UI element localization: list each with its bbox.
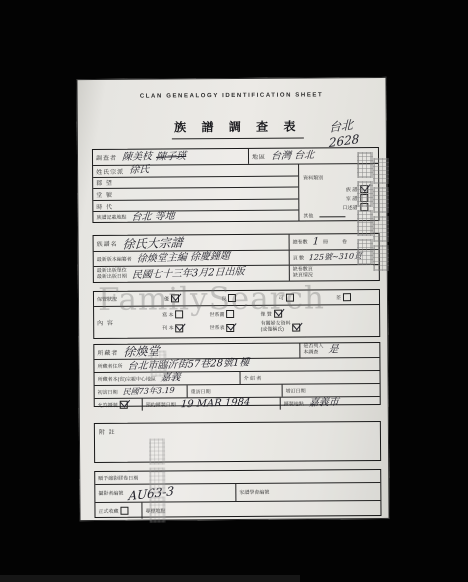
society-number-cell: 家譜學會編號 (235, 483, 380, 501)
volumes-label: 總卷數 (293, 238, 308, 245)
catalog-location-label: 專標地點 (145, 507, 165, 514)
sheet-english-title: CLAN GENEALOGY IDENTIFICATION SHEET (77, 92, 387, 100)
record-places-label: 族譜記載地點 (96, 214, 126, 221)
pedigree-chart-option: 世系圖 (209, 310, 234, 318)
revisit-label: 重訪日期 (191, 388, 211, 395)
genealogy-sheet: CLAN GENEALOGY IDENTIFICATION SHEET 族 譜 … (76, 77, 389, 521)
filming-date-value: 19 MAR 1984 (180, 398, 250, 410)
gift-date-label: 贈予縮影膠卷日期 (98, 474, 138, 481)
introducer-label: 介 紹 者 (244, 374, 262, 381)
volumes-value: 1 (312, 237, 319, 247)
first-visit-label: 初訪日期 (98, 388, 118, 395)
zupu-label: 族 譜 (346, 186, 357, 193)
condition-label-cell: 保管狀況 (94, 292, 152, 306)
operator-number-cell: 攝影者編號 AU63-3 (95, 484, 235, 502)
compiler-label: 最新版本編纂者 (97, 255, 132, 262)
volumes-unit-ce: 冊 (323, 238, 328, 245)
introducer-cell: 介 紹 者 (240, 371, 380, 384)
title-row: 族 譜 調 查 表 台北 2628 (77, 115, 387, 139)
compiler-value: 徐煥堂主編 徐慶鐘題 (136, 252, 230, 265)
filming-permission-label: 允許攝製 (98, 401, 118, 408)
first-visit-value: 民國73年3.19 (122, 387, 175, 397)
contents-row-2: 刊 本 世系表 有關婦女資料 (或僅稱氏) (162, 321, 379, 333)
women-data-note: (或僅稱氏) (261, 328, 291, 333)
investigator-value: 陳美枝 (122, 152, 153, 163)
filming-permission-checkbox: 允許攝製 (98, 401, 128, 409)
official-collection-cell: 正式收藏 (95, 503, 141, 519)
era-label: 時 代 (96, 201, 113, 210)
gift-date-cell: 贈予縮影膠卷日期 (95, 470, 380, 484)
publication-labels: 最新出版單位 最新出版日期 (97, 268, 127, 280)
material-type-header: 資料類別 (303, 166, 374, 184)
pubdate-label: 最新出版日期 (97, 273, 127, 279)
surname-value: 徐氏 (129, 166, 150, 177)
section-condition-contents: 保管狀況 優 良 可 差 內 容 (93, 289, 380, 339)
jiapu-checkbox (360, 194, 368, 202)
microfilm-frame: CLAN GENEALOGY IDENTIFICATION SHEET 族 譜 … (0, 0, 468, 582)
volumes-cell: 總卷數 1 冊 卷 (289, 234, 379, 250)
condition-label: 保管狀況 (97, 295, 117, 302)
other-fill-line (319, 215, 345, 217)
region-cell: 地區 台灣 台北 (248, 148, 378, 164)
filming-date-label: 預約攝製日期 (146, 401, 176, 408)
pages-label: 頁 數 (293, 254, 304, 261)
compiler-cell: 最新版本編纂者 徐煥堂主編 徐慶鐘題 (94, 251, 289, 266)
pedigree-table-option: 世系表 (210, 324, 235, 332)
section-holder-info: 所藏者 徐煥堂 是否列入 本調查 是 所藏者住所 台北市臨沂街57巷28號1樓 (93, 342, 380, 407)
other-label: 其他 (303, 212, 313, 219)
oral-label: 口述譜 (342, 204, 357, 211)
holder-address-value: 台北市臨沂街57巷28號1樓 (127, 358, 249, 372)
filming-permission-cell: 允許攝製 (95, 399, 142, 411)
condition-options: 優 良 可 差 (152, 290, 379, 306)
condition-poor: 差 (336, 293, 351, 301)
section-identification: 調查者 陳美枝 陳子瑛 地區 台灣 台北 姓氏宗派 徐氏 郡 望 (92, 147, 380, 223)
portrait-eulogy-option: 像 贊 (260, 310, 281, 318)
include-survey-labels: 是否列入 本調查 (303, 345, 323, 357)
holder-value: 徐煥堂 (123, 345, 160, 358)
include-survey-cell: 是否列入 本調查 是 (299, 343, 379, 358)
filming-place-cell: 攝製地點 嘉義市 (280, 397, 380, 410)
holder-label: 所藏者 (97, 347, 118, 356)
volumes-unit-juan: 卷 (342, 238, 347, 245)
investigator-struck-value: 陳子瑛 (156, 151, 187, 162)
filming-place-label: 攝製地點 (284, 400, 304, 407)
missing-pages-labels: 缺卷數頁 缺頁情況 (293, 267, 313, 279)
notes-label: 附 註 (99, 427, 116, 436)
sheet-chinese-title: 族 譜 調 查 表 (172, 118, 304, 140)
first-visit-cell: 初訪日期 民國73年3.19 (95, 385, 187, 398)
record-places-row: 族譜記載地點 台北 等地 (93, 210, 298, 223)
operator-number-label: 攝影者編號 (98, 490, 123, 497)
publication-cell: 最新出版單位 最新出版日期 民國七十三年3月2日出版 (94, 266, 289, 282)
investigator-cell: 調查者 陳美枝 陳子瑛 (93, 149, 248, 165)
society-number-label: 家譜學會編號 (239, 489, 269, 496)
official-collection-checkbox: 正式收藏 (98, 507, 128, 515)
addendum-label: 增訂日期 (286, 387, 306, 394)
publication-value: 民國七十三年3月2日出版 (132, 267, 245, 281)
contents-row-1: 寫 本 世系圖 像 贊 (162, 309, 379, 319)
clan-center-label: 所藏者本(省)宗親中心地區 (98, 375, 156, 382)
investigator-label: 調查者 (96, 153, 117, 162)
catalog-location-cell: 專標地點 (141, 501, 380, 519)
junwang-label: 郡 望 (96, 178, 113, 187)
condition-excellent: 優 (164, 294, 179, 302)
oral-checkbox (360, 203, 368, 211)
handwritten-serial-number: 台北 2628 (329, 111, 387, 150)
include-survey-value: 是 (328, 345, 339, 355)
zupu-checkbox (360, 185, 368, 193)
filming-date-cell: 預約攝製日期 19 MAR 1984 (142, 398, 280, 411)
section-admin: 贈予縮影膠卷日期 攝影者編號 AU63-3 家譜學會編號 正式收藏 (94, 469, 381, 518)
clan-center-value: 嘉義 (161, 373, 182, 384)
printed-edition-option: 刊 本 (162, 324, 183, 332)
missing-pages-cell: 缺卷數頁 缺頁情況 (289, 265, 379, 281)
operator-number-value: AU63-3 (128, 484, 174, 501)
manuscript-option: 寫 本 (162, 310, 183, 318)
record-places-value: 台北 等地 (131, 211, 175, 222)
notes-box: 附 註 (94, 421, 381, 463)
genealogy-title-label: 族譜名 (97, 239, 118, 248)
title-cell: 族譜名 徐氏大宗譜 (94, 235, 289, 251)
material-option-zupu: 族 譜 (303, 185, 374, 193)
material-option-oral: 口述譜 (303, 203, 374, 211)
revisit-cell: 重訪日期 (187, 385, 282, 398)
material-type-label: 資料類別 (303, 175, 323, 181)
holder-cell: 所藏者 徐煥堂 (94, 344, 299, 359)
surname-label: 姓氏宗派 (96, 167, 124, 176)
contents-label-cell: 內 容 (94, 307, 152, 338)
condition-good: 良 (221, 294, 236, 302)
identification-left-column: 姓氏宗派 徐氏 郡 望 堂 號 時 代 族譜記載地點 台北 等地 (93, 165, 298, 223)
material-option-jiapu: 家 譜 (303, 194, 374, 202)
film-edge-strip (0, 575, 300, 582)
holder-address-cell: 所藏者住所 台北市臨沂街57巷28號1樓 (94, 358, 379, 372)
filming-place-value: 嘉義市 (308, 398, 339, 409)
genealogy-title-value: 徐氏大宗譜 (122, 236, 183, 250)
clan-center-cell: 所藏者本(省)宗親中心地區 嘉義 (95, 372, 240, 385)
region-value: 台灣 台北 (271, 150, 315, 161)
material-option-other: 其他 (303, 212, 374, 219)
women-data-option: 有關婦女資料 (或僅稱氏) (261, 322, 301, 333)
pages-value: 125號~310頁 (309, 252, 363, 262)
holder-address-label: 所藏者住所 (97, 362, 122, 369)
contents-label: 內 容 (97, 318, 114, 327)
contents-options: 寫 本 世系圖 像 贊 刊 本 世系表 有關婦女資料 (152, 305, 379, 338)
official-collection-label: 正式收藏 (98, 507, 118, 514)
region-label: 地區 (252, 152, 266, 161)
pages-cell: 頁 數 125號~310頁 (289, 250, 379, 265)
material-type-column: 資料類別 族 譜 家 譜 口述譜 其他 (298, 164, 378, 222)
tanghao-label: 堂 號 (96, 190, 113, 199)
missing-condition-label: 缺頁情況 (293, 272, 313, 278)
section-volume-info: 族譜名 徐氏大宗譜 總卷數 1 冊 卷 最新版本編纂者 徐煥堂主編 徐慶鐘題 頁… (93, 233, 380, 283)
addendum-cell: 增訂日期 (282, 384, 380, 397)
condition-fair: 可 (279, 294, 294, 302)
jiapu-label: 家 譜 (346, 195, 357, 202)
